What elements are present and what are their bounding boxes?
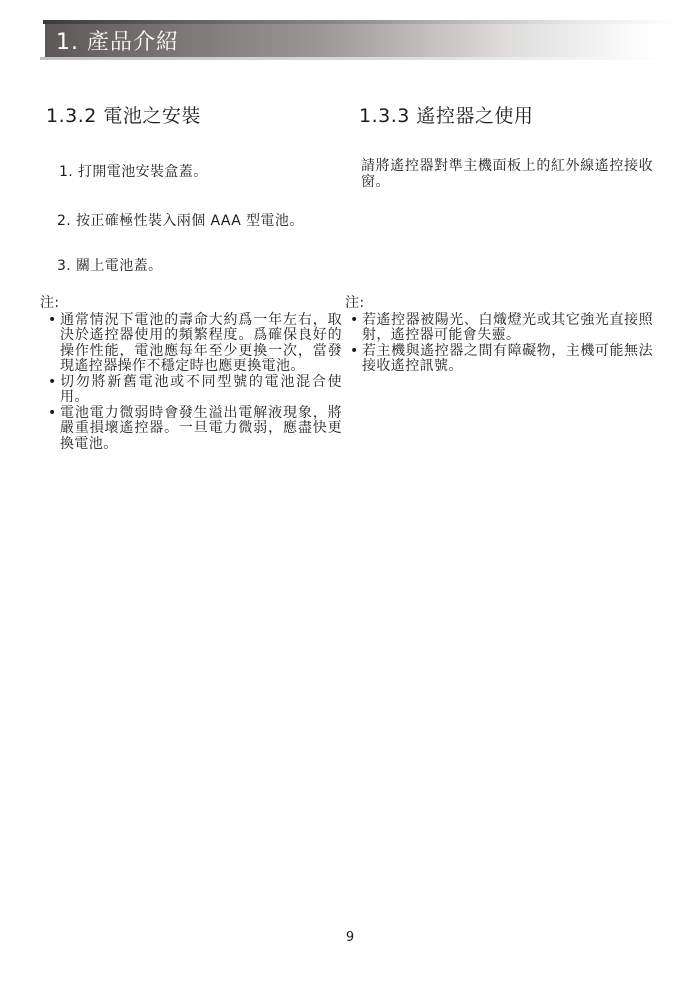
- battery-step-2: 2. 按正確極性裝入兩個 AAA 型電池。: [57, 214, 304, 230]
- battery-notes-list: 通常情況下電池的壽命大約爲一年左右，取決於遙控器使用的頻繁程度。爲確保良好的操作…: [60, 313, 342, 453]
- chapter-title-bar: 1. 產品介紹: [45, 24, 656, 57]
- section-heading-battery-installation: 1.3.2 電池之安裝: [46, 101, 201, 128]
- remote-usage-paragraph: 請將遙控器對準主機面板上的紅外線遙控接收窗。: [361, 159, 653, 190]
- remote-notes-label: 注:: [345, 296, 655, 312]
- page-number: 9: [0, 930, 700, 945]
- remote-notes-list: 若遙控器被陽光、白熾燈光或其它強光直接照射，遙控器可能會失靈。 若主機與遙控器之…: [362, 313, 653, 375]
- battery-step-1: 1. 打開電池安裝盒蓋。: [59, 165, 208, 181]
- battery-note-item: 電池電力微弱時會發生溢出電解液現象，將嚴重損壞遙控器。一旦電力微弱，應盡快更換電…: [60, 406, 342, 453]
- section-heading-remote-usage: 1.3.3 遙控器之使用: [359, 101, 533, 128]
- header-bottom-strip: [40, 57, 700, 60]
- remote-note-item: 若遙控器被陽光、白熾燈光或其它強光直接照射，遙控器可能會失靈。: [362, 313, 653, 344]
- remote-notes: 注: 若遙控器被陽光、白熾燈光或其它強光直接照射，遙控器可能會失靈。 若主機與遙…: [345, 296, 655, 375]
- battery-step-3: 3. 關上電池蓋。: [57, 259, 162, 275]
- battery-notes-label: 注:: [40, 296, 342, 312]
- manual-page: 1. 產品介紹 1.3.2 電池之安裝 1. 打開電池安裝盒蓋。 2. 按正確極…: [0, 0, 700, 994]
- chapter-title: 1. 產品介紹: [56, 25, 179, 56]
- battery-notes: 注: 通常情況下電池的壽命大約爲一年左右，取決於遙控器使用的頻繁程度。爲確保良好…: [40, 296, 342, 452]
- remote-note-item: 若主機與遙控器之間有障礙物，主機可能無法接收遙控訊號。: [362, 344, 653, 375]
- battery-note-item: 切勿將新舊電池或不同型號的電池混合使用。: [60, 375, 342, 406]
- battery-note-item: 通常情況下電池的壽命大約爲一年左右，取決於遙控器使用的頻繁程度。爲確保良好的操作…: [60, 313, 342, 375]
